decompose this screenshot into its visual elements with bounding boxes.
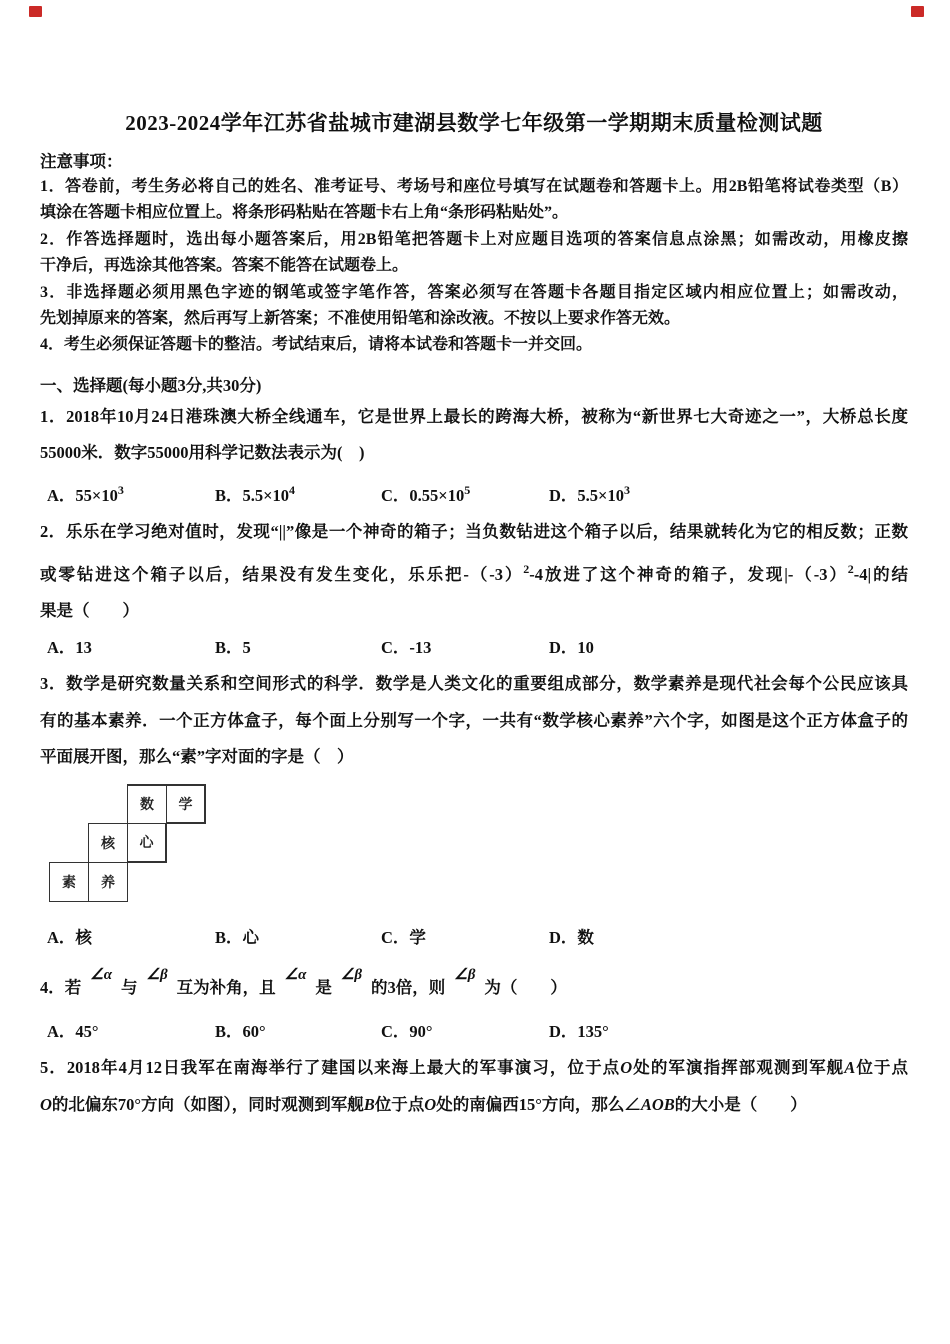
notice-line: 2．作答选择题时，选出每小题答案后，用2B铅笔把答题卡上对应题目选项的答案信息点… [40,227,908,253]
notice-line: 填涂在答题卡相应位置上。将条形码粘贴在答题卡右上角“条形码粘贴处”。 [40,200,908,226]
net-cell: 数 [127,784,167,824]
question-5: 5．2018年4月12日我军在南海举行了建国以来海上最大的军事演习，位于点O处的… [40,1050,908,1123]
question-line: 或零钻进这个箱子以后，结果没有发生变化，乐乐把-（-3）2-4放进了这个神奇的箱… [40,551,908,594]
option-d: D．135° [549,1014,908,1051]
cube-net-figure: 数 学 核 心 素 养 [49,784,908,906]
option-a: A．13 [47,630,215,667]
question-line: 2．乐乐在学习绝对值时，发现“||”像是一个神奇的箱子；当负数钻进这个箱子以后，… [40,514,908,551]
option-b: B．心 [215,920,381,957]
question-line: 3．数学是研究数量关系和空间形式的科学．数学是人类文化的重要组成部分，数学素养是… [40,666,908,703]
option-d: D．10 [549,630,908,667]
option-c: C．-13 [381,630,549,667]
notice-line: 3．非选择题必须用黑色字迹的钢笔或签字笔作答，答案必须写在答题卡各题目指定区域内… [40,280,908,306]
question-line: 1．2018年10月24日港珠澳大桥全线通车，它是世界上最长的跨海大桥，被称为“… [40,399,908,436]
question-line: 4．若∠α与∠β互为补角，且∠α是∠β的3倍，则∠β为（ ） [40,956,908,1008]
section-heading-choice: 一、选择题(每小题3分,共30分) [40,373,908,399]
option-a: A．45° [47,1014,215,1051]
exam-paper-page: 2023-2024学年江苏省盐城市建湖县数学七年级第一学期期末质量检测试题 注意… [0,0,950,1344]
net-cell: 养 [88,862,128,902]
option-c: C．0.55×105 [381,472,549,515]
option-b: B．5 [215,630,381,667]
option-b: B．60° [215,1014,381,1051]
option-c: C．学 [381,920,549,957]
notice-line: 干净后，再选涂其他答案。答案不能答在试题卷上。 [40,253,908,279]
question-line: 5．2018年4月12日我军在南海举行了建国以来海上最大的军事演习，位于点O处的… [40,1050,908,1087]
notice-line: 1．答卷前，考生务必将自己的姓名、准考证号、考场号和座位号填写在试题卷和答题卡上… [40,174,908,200]
options-row: A．45° B．60° C．90° D．135° [40,1014,908,1051]
question-line: 55000米．数字55000用科学记数法表示为( ) [40,435,908,472]
notice-line: 先划掉原来的答案，然后再写上新答案；不准使用铅笔和涂改液。不按以上要求作答无效。 [40,306,908,332]
page-content: 2023-2024学年江苏省盐城市建湖县数学七年级第一学期期末质量检测试题 注意… [0,0,950,1123]
notice-heading: 注意事项： [40,150,908,174]
option-b: B．5.5×104 [215,472,381,515]
option-c: C．90° [381,1014,549,1051]
net-cell: 核 [88,823,128,863]
options-row: A．13 B．5 C．-13 D．10 [40,630,908,667]
net-cell: 素 [49,862,89,902]
options-row: A．55×103 B．5.5×104 C．0.55×105 D．5.5×103 [40,472,908,515]
option-a: A．核 [47,920,215,957]
net-cell: 心 [127,823,167,863]
option-d: D．数 [549,920,908,957]
option-d: D．5.5×103 [549,472,908,515]
question-line: 果是（ ） [40,593,908,630]
options-row: A．核 B．心 C．学 D．数 [40,920,908,957]
question-3: 3．数学是研究数量关系和空间形式的科学．数学是人类文化的重要组成部分，数学素养是… [40,666,908,956]
question-4: 4．若∠α与∠β互为补角，且∠α是∠β的3倍，则∠β为（ ） A．45° B．6… [40,956,908,1050]
red-stamp-mark-left [29,6,42,17]
question-1: 1．2018年10月24日港珠澳大桥全线通车，它是世界上最长的跨海大桥，被称为“… [40,399,908,515]
question-2: 2．乐乐在学习绝对值时，发现“||”像是一个神奇的箱子；当负数钻进这个箱子以后，… [40,514,908,666]
question-line: 平面展开图，那么“素”字对面的字是（ ） [40,739,908,776]
option-a: A．55×103 [47,472,215,515]
red-stamp-mark-right [911,6,924,17]
page-title: 2023-2024学年江苏省盐城市建湖县数学七年级第一学期期末质量检测试题 [40,108,908,138]
notice-line: 4．考生必须保证答题卡的整洁。考试结束后，请将本试卷和答题卡一并交回。 [40,332,908,358]
net-cell: 学 [166,784,206,824]
question-line: O的北偏东70°方向（如图），同时观测到军舰B位于点O处的南偏西15°方向，那么… [40,1087,908,1124]
question-line: 有的基本素养．一个正方体盒子，每个面上分别写一个字，一共有“数学核心素养”六个字… [40,703,908,740]
